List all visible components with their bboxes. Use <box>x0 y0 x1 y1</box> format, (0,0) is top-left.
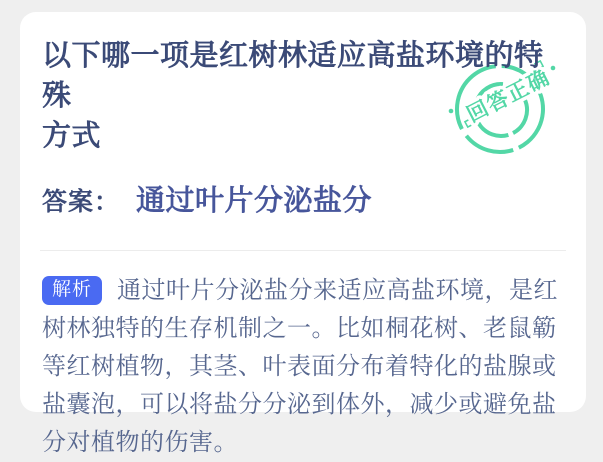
analysis-paragraph: 解析通过叶片分泌盐分来适应高盐环境，是红树林独特的生存机制之一。比如桐花树、老鼠… <box>42 272 570 398</box>
analysis-text: 通过叶片分泌盐分来适应高盐环境，是红树林独特的生存机制之一。比如桐花树、老鼠簕等… <box>42 277 558 398</box>
question-text: 以下哪一项是红树林适应高盐环境的特殊 方式 <box>42 36 570 156</box>
page-background: { "card": { "question": "以下哪一项是红树林适应高盐环境… <box>0 0 603 398</box>
answer-label: 答案： <box>42 182 120 218</box>
quiz-result-card: 以下哪一项是红树林适应高盐环境的特殊 方式 答案： 通过叶片分泌盐分 解析通过叶… <box>20 12 586 398</box>
divider <box>40 250 566 251</box>
answer-row: 答案： 通过叶片分泌盐分 <box>42 178 570 219</box>
answer-value: 通过叶片分泌盐分 <box>136 178 372 219</box>
analysis-badge: 解析 <box>42 276 102 305</box>
